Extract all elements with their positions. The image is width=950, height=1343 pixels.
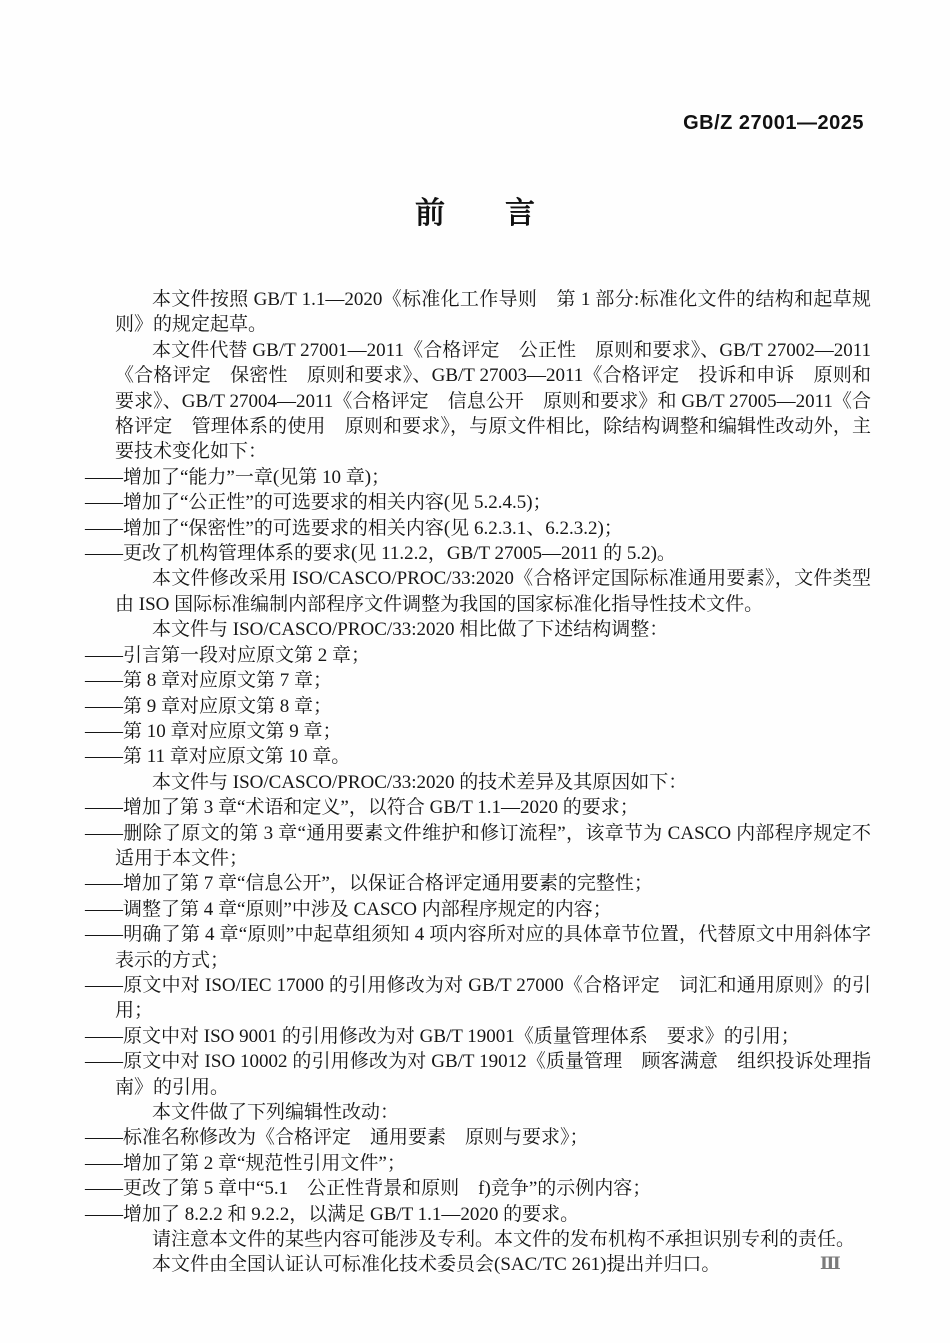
list-item: ——增加了 8.2.2 和 9.2.2，以满足 GB/T 1.1—2020 的要… [115,1202,871,1227]
paragraph: 本文件按照 GB/T 1.1—2020《标准化工作导则 第 1 部分:标准化文件… [115,287,871,338]
list-item: ——增加了第 2 章“规范性引用文件”； [115,1151,871,1176]
list-item: ——更改了第 5 章中“5.1 公正性背景和原则 f)竞争”的示例内容； [115,1176,871,1201]
list-item: ——第 8 章对应原文第 7 章； [115,668,871,693]
paragraph: 本文件做了下列编辑性改动： [115,1100,871,1125]
list-item: ——增加了“能力”一章(见第 10 章)； [115,465,871,490]
standard-document-page: GB/Z 27001—2025 前 言 本文件按照 GB/T 1.1—2020《… [0,0,950,1343]
paragraph: 本文件与 ISO/CASCO/PROC/33:2020 相比做了下述结构调整： [115,617,871,642]
paragraph: 本文件修改采用 ISO/CASCO/PROC/33:2020《合格评定国际标准通… [115,566,871,617]
list-item: ——第 10 章对应原文第 9 章； [115,719,871,744]
paragraph: 请注意本文件的某些内容可能涉及专利。本文件的发布机构不承担识别专利的责任。 [115,1227,871,1252]
paragraph: 本文件代替 GB/T 27001—2011《合格评定 公正性 原则和要求》、GB… [115,338,871,465]
list-item: ——增加了第 3 章“术语和定义”，以符合 GB/T 1.1—2020 的要求； [115,795,871,820]
list-item: ——更改了机构管理体系的要求(见 11.2.2，GB/T 27005—2011 … [115,541,871,566]
list-item: ——增加了“保密性”的可选要求的相关内容(见 6.2.3.1、6.2.3.2)； [115,516,871,541]
list-item: ——增加了第 7 章“信息公开”，以保证合格评定通用要素的完整性； [115,871,871,896]
list-item: ——明确了第 4 章“原则”中起草组须知 4 项内容所对应的具体章节位置，代替原… [115,922,871,973]
paragraph: 本文件由全国认证认可标准化技术委员会(SAC/TC 261)提出并归口。 [115,1252,871,1277]
page-number: Ⅲ [820,1254,842,1274]
list-item: ——原文中对 ISO 9001 的引用修改为对 GB/T 19001《质量管理体… [115,1024,871,1049]
standard-code: GB/Z 27001—2025 [683,112,864,135]
foreword-title: 前 言 [0,188,950,232]
list-item: ——增加了“公正性”的可选要求的相关内容(见 5.2.4.5)； [115,490,871,515]
list-item: ——引言第一段对应原文第 2 章； [115,643,871,668]
list-item: ——原文中对 ISO/IEC 17000 的引用修改为对 GB/T 27000《… [115,973,871,1024]
list-item: ——第 11 章对应原文第 10 章。 [115,744,871,769]
list-item: ——第 9 章对应原文第 8 章； [115,694,871,719]
document-body: 本文件按照 GB/T 1.1—2020《标准化工作导则 第 1 部分:标准化文件… [115,287,871,1278]
list-item: ——标准名称修改为《合格评定 通用要素 原则与要求》； [115,1125,871,1150]
list-item: ——删除了原文的第 3 章“通用要素文件维护和修订流程”，该章节为 CASCO … [115,821,871,872]
paragraph: 本文件与 ISO/CASCO/PROC/33:2020 的技术差异及其原因如下： [115,770,871,795]
list-item: ——原文中对 ISO 10002 的引用修改为对 GB/T 19012《质量管理… [115,1049,871,1100]
list-item: ——调整了第 4 章“原则”中涉及 CASCO 内部程序规定的内容； [115,897,871,922]
